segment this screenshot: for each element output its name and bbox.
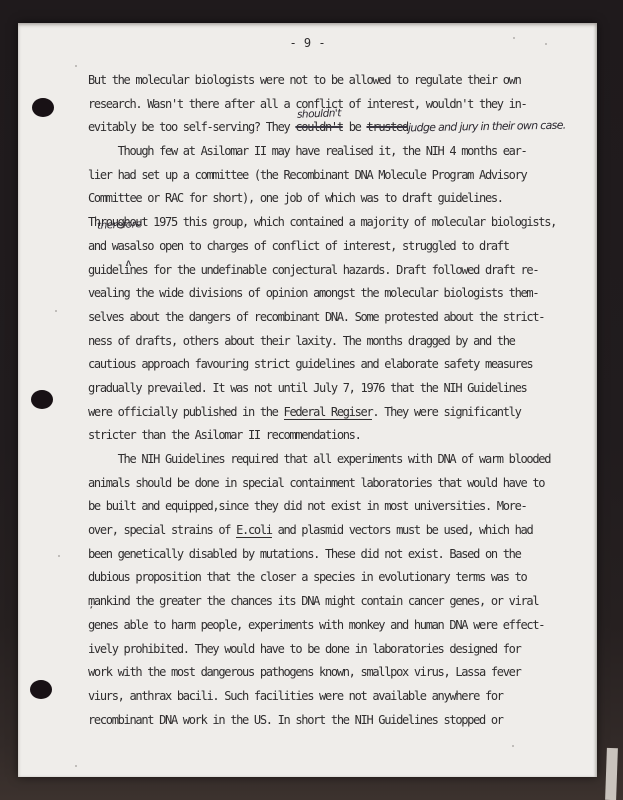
handwritten-insert: therefore: [97, 213, 142, 238]
text-line: Committee or RAC for short), one job of …: [88, 187, 580, 211]
text-line: be built and equipped,since they did not…: [88, 495, 580, 519]
typewritten-text: Throughout 1975 this group, which contai…: [88, 215, 556, 229]
typewritten-text: lier had set up a committee (the Recombi…: [88, 168, 526, 182]
underlined-text: Federal Regiser: [284, 405, 373, 420]
typewritten-text: m̦ankind the greater the chances its DNA…: [88, 594, 538, 608]
text-line: guidelines for the undefinable conjectur…: [88, 259, 580, 283]
text-line: animals should be done in special contai…: [88, 472, 580, 496]
annotated-text: couldn'tshouldn't: [295, 116, 342, 140]
typewritten-text: work with the most dangerous pathogens k…: [88, 665, 521, 679]
typewritten-text: vealing the wide divisions of opinion am…: [88, 286, 538, 300]
typewritten-text: guidelines for the undefinable conjectur…: [88, 263, 538, 277]
text-body: But the molecular biologists were not to…: [88, 69, 580, 732]
scan-speck: [512, 745, 514, 747]
text-line: were officially published in the Federal…: [88, 401, 580, 425]
text-line: viurs, anthrax bacili. Such facilities w…: [88, 685, 580, 709]
typewritten-text: be built and equipped,since they did not…: [88, 499, 526, 513]
scan-speck: [55, 310, 57, 312]
typewritten-text: selves about the dangers of recombinant …: [88, 310, 544, 324]
text-line: Throughout 1975 this group, which contai…: [88, 211, 580, 235]
punch-hole: [30, 680, 52, 699]
typewritten-text: animals should be done in special contai…: [88, 476, 544, 490]
text-line: lier had set up a committee (the Recombi…: [88, 164, 580, 188]
document-page: - 9 - But the molecular biologists were …: [18, 23, 597, 777]
scan-speck: [58, 555, 60, 557]
photo-background: { "document": { "page_number": "- 9 -", …: [0, 0, 623, 800]
punch-hole: [31, 390, 53, 409]
text-line: m̦ankind the greater the chances its DNA…: [88, 590, 580, 614]
text-line: stricter than the Asilomar II recommenda…: [88, 424, 580, 448]
page-number: - 9 -: [18, 36, 597, 50]
typewritten-text: gradually prevailed. It was not until Ju…: [88, 381, 526, 395]
typewritten-text: Committee or RAC for short), one job of …: [88, 191, 503, 205]
text-line: selves about the dangers of recombinant …: [88, 306, 580, 330]
text-line: ively prohibited. They would have to be …: [88, 638, 580, 662]
typewritten-text: . They were significantly: [372, 405, 520, 419]
text-line: ness of drafts, others about their laxit…: [88, 330, 580, 354]
typewritten-text: be: [343, 120, 367, 134]
typewritten-text: over, special strains of: [88, 523, 236, 537]
typewritten-text: ness of drafts, others about their laxit…: [88, 334, 515, 348]
text-line: dubious proposition that the closer a sp…: [88, 566, 580, 590]
text-line: But the molecular biologists were not to…: [88, 69, 580, 93]
typewritten-text: been genetically disabled by mutations. …: [88, 547, 521, 561]
typewritten-text: stricter than the Asilomar II recommenda…: [88, 428, 361, 442]
typewritten-text: ively prohibited. They would have to be …: [88, 642, 521, 656]
typewritten-text: genes able to harm people, experiments w…: [88, 618, 544, 632]
text-line: been genetically disabled by mutations. …: [88, 543, 580, 567]
text-line: recombinant DNA work in the US. In short…: [88, 709, 580, 733]
typewritten-text: also open to charges of conflict of inte…: [129, 239, 508, 253]
handwritten-note: judge and jury in their own case.: [408, 114, 566, 140]
typewritten-text: But the molecular biologists were not to…: [88, 73, 521, 87]
typewritten-text: The NIH Guidelines required that all exp…: [88, 452, 550, 466]
scan-speck: [545, 43, 547, 45]
typewritten-text: Though few at Asilomar II may have reali…: [88, 144, 526, 158]
typewritten-text: evitably be too self-serving? They: [88, 120, 295, 134]
scan-speck: [513, 37, 515, 39]
typewritten-text: recombinant DNA work in the US. In short…: [88, 713, 503, 727]
scan-speck: [75, 765, 77, 767]
text-line: genes able to harm people, experiments w…: [88, 614, 580, 638]
scan-speck: [75, 65, 77, 67]
text-line: Though few at Asilomar II may have reali…: [88, 140, 580, 164]
handwritten-insert: shouldn't: [297, 103, 342, 128]
punch-hole: [32, 98, 54, 117]
text-line: cautious approach favouring strict guide…: [88, 353, 580, 377]
text-line: and wasthereforeʌalso open to charges of…: [88, 235, 580, 259]
struck-text: trusted: [366, 120, 407, 134]
typewritten-text: dubious proposition that the closer a sp…: [88, 570, 526, 584]
text-line: gradually prevailed. It was not until Ju…: [88, 377, 580, 401]
underlined-text: E.coli: [236, 523, 272, 538]
typewritten-text: were officially published in the: [88, 405, 284, 419]
underlying-page-edge: [605, 748, 618, 800]
typewritten-text: viurs, anthrax bacili. Such facilities w…: [88, 689, 503, 703]
typewritten-text: cautious approach favouring strict guide…: [88, 357, 532, 371]
text-line: over, special strains of E.coli and plas…: [88, 519, 580, 543]
text-line: evitably be too self-serving? They could…: [88, 116, 580, 140]
typewritten-text: and was: [88, 239, 129, 253]
caret-mark: ʌ: [125, 259, 130, 269]
text-line: The NIH Guidelines required that all exp…: [88, 448, 580, 472]
text-line: vealing the wide divisions of opinion am…: [88, 282, 580, 306]
typewritten-text: and plasmid vectors must be used, which …: [272, 523, 533, 537]
text-line: work with the most dangerous pathogens k…: [88, 661, 580, 685]
